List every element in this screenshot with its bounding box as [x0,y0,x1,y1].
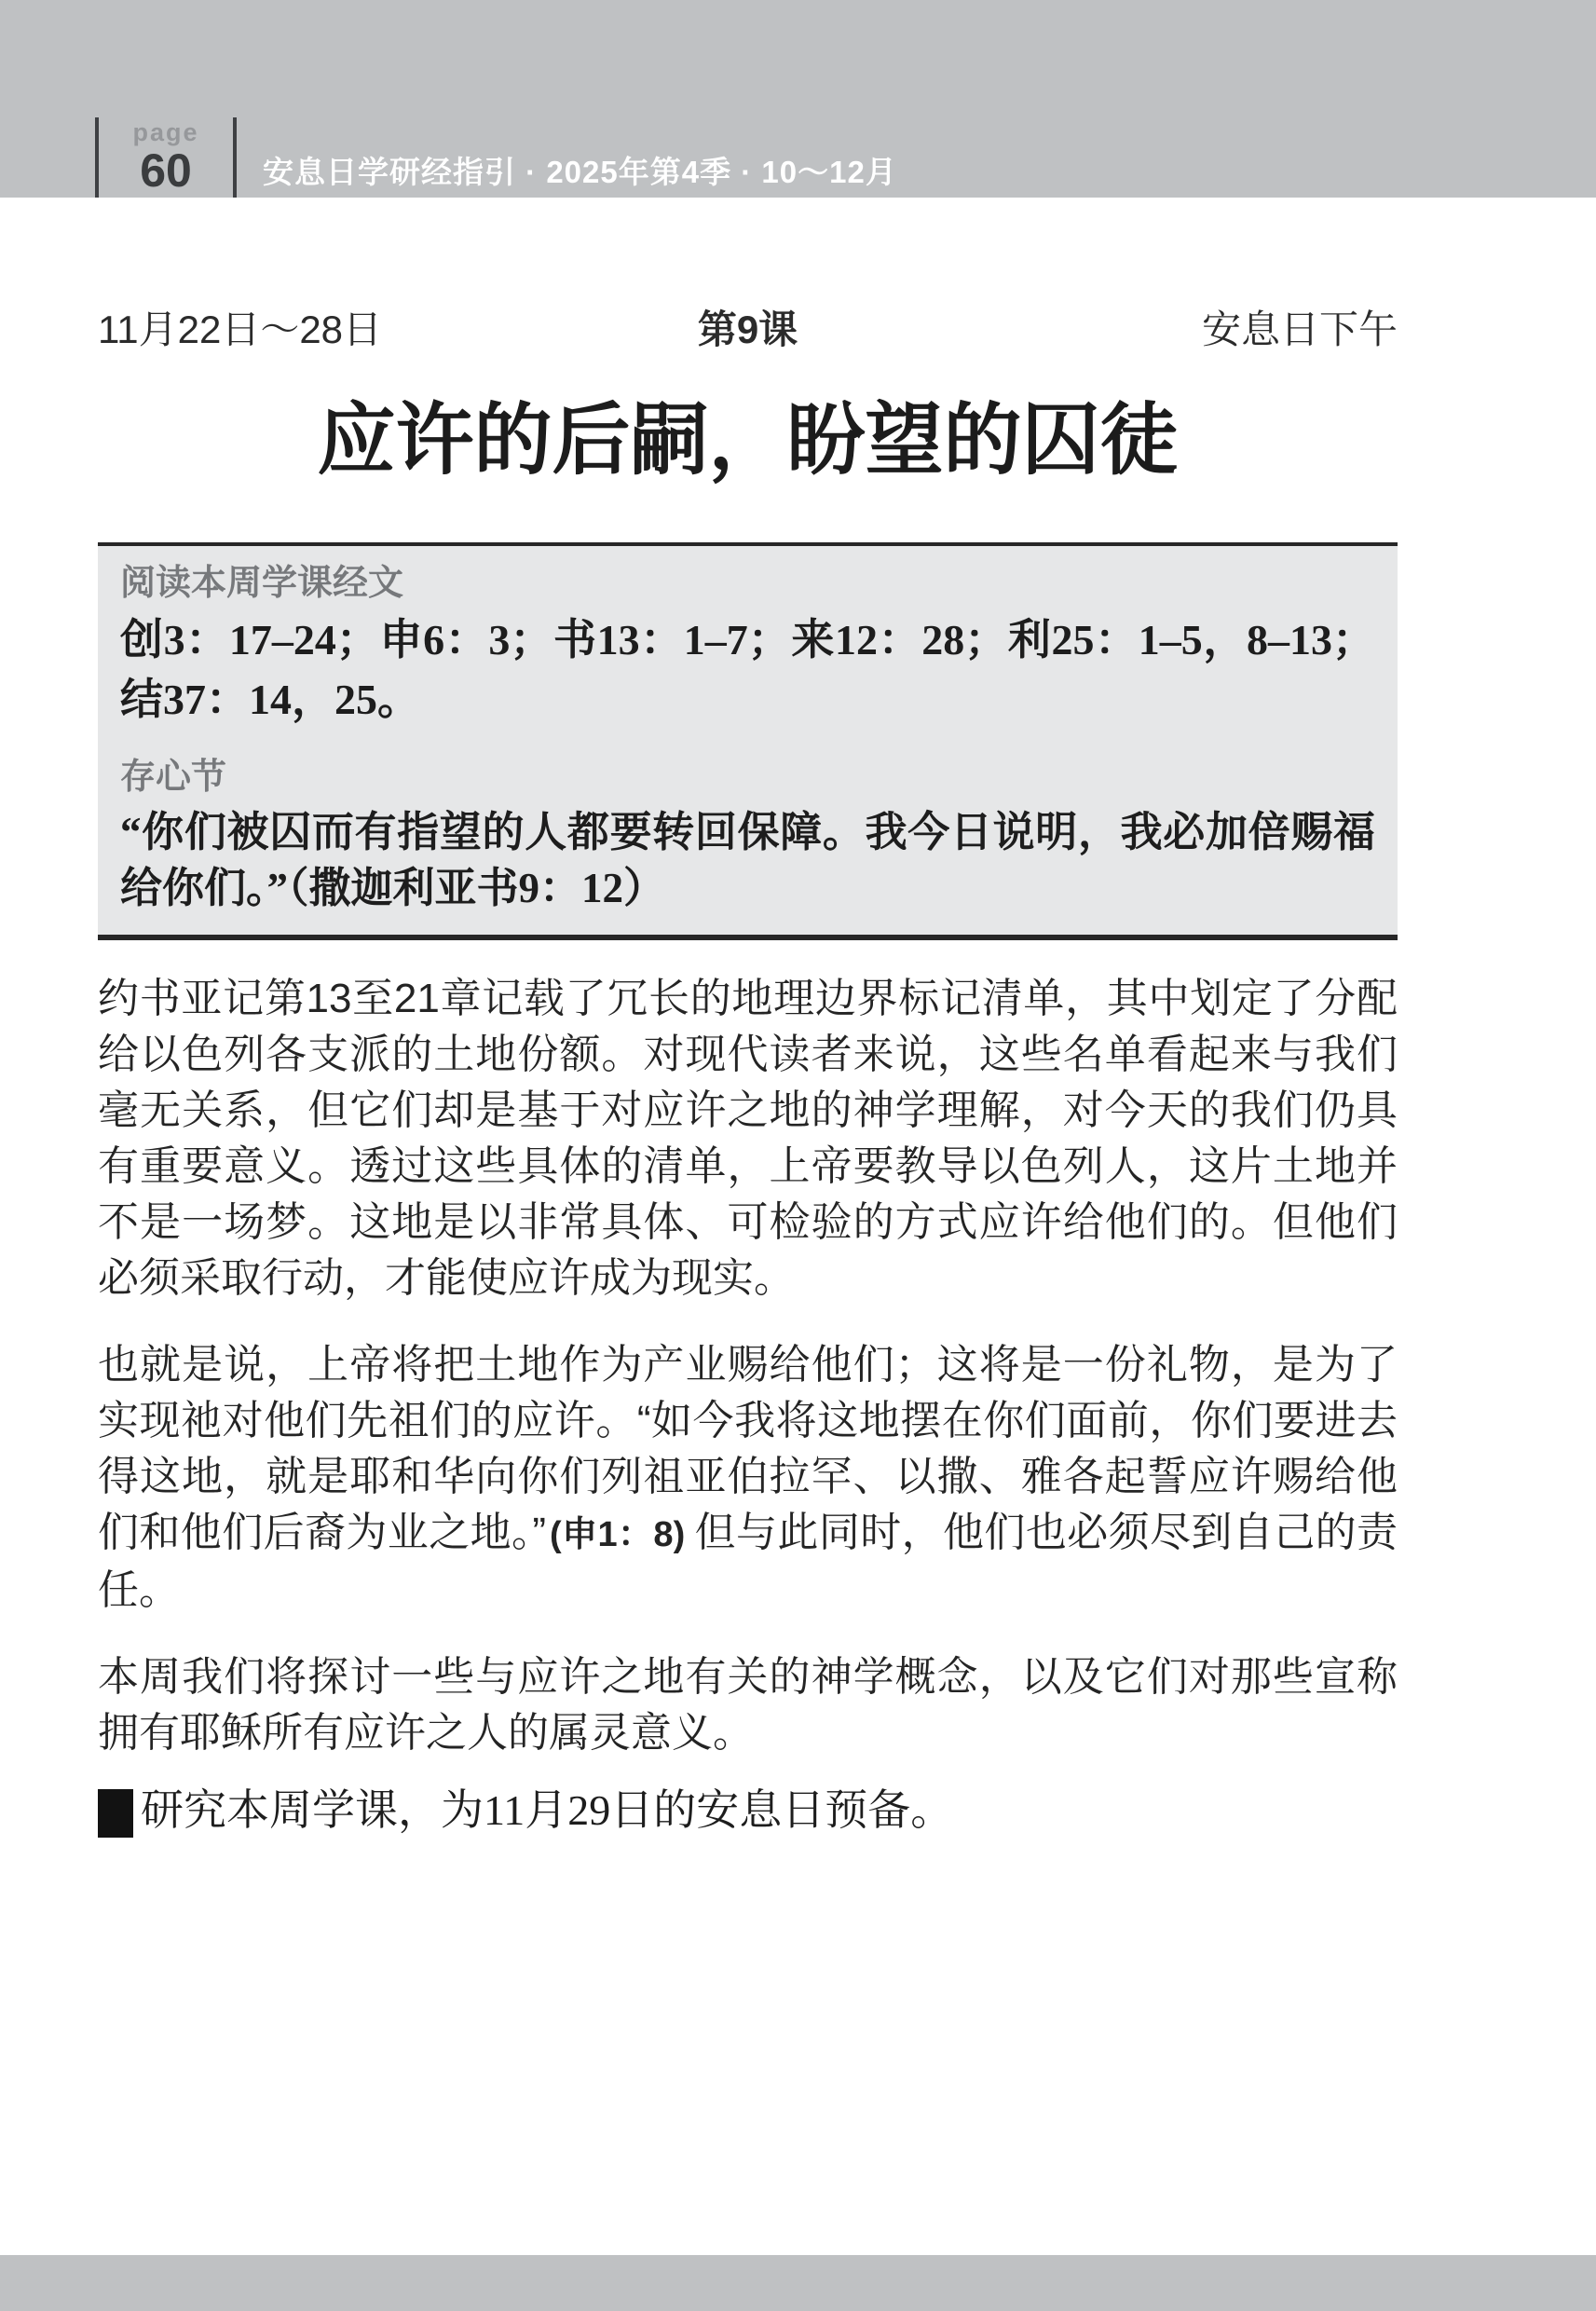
reading-label: 阅读本周学课经文 [120,560,1375,607]
memory-verse-label: 存心节 [120,754,1375,800]
page-footer-band [0,2255,1596,2311]
intro-paragraph-3: 本周我们将探讨一些与应许之地有关的神学概念，以及它们对那些宣称拥有耶稣所有应许之… [98,1649,1398,1761]
lesson-session: 安息日下午 [1202,304,1398,356]
bible-reference: (申1：8) [550,1515,685,1554]
lesson-date-range: 11月22日～28日 [98,304,382,356]
intro-paragraph-2: 也就是说，上帝将把土地作为产业赐给他们；这将是一份礼物，是为了实现祂对他们先祖们… [98,1337,1398,1619]
study-instruction: 研究本周学课，为11月29日的安息日预备。 [98,1784,953,1838]
intro-section: 约书亚记第13至21章记载了冗长的地理边界标记清单，其中划定了分配给以色列各支派… [98,971,1398,1792]
study-instruction-text: 研究本周学课，为11月29日的安息日预备。 [141,1784,953,1838]
intro-paragraph-1: 约书亚记第13至21章记载了冗长的地理边界标记清单，其中划定了分配给以色列各支派… [98,971,1398,1306]
square-bullet-icon [98,1789,133,1838]
lesson-page: page 60 安息日学研经指引 · 2025年第4季 · 10～12月 11月… [0,0,1596,2311]
lesson-number: 第9课 [698,304,798,356]
memory-verse: “你们被囚而有指望的人都要转回保障。我今日说明，我必加倍赐福给你们。”（撒迦利亚… [120,804,1375,916]
study-box: 阅读本周学课经文 创3：17–24；申6：3；书13：1–7；来12：28；利2… [98,542,1398,940]
reading-references: 创3：17–24；申6：3；书13：1–7；来12：28；利25：1–5，8–1… [120,610,1375,730]
content-column: 11月22日～28日 第9课 安息日下午 应许的后嗣，盼望的囚徒 阅读本周学课经… [98,0,1398,2311]
lesson-title: 应许的后嗣，盼望的囚徒 [98,388,1398,496]
lesson-header-row: 11月22日～28日 第9课 安息日下午 [98,304,1398,356]
